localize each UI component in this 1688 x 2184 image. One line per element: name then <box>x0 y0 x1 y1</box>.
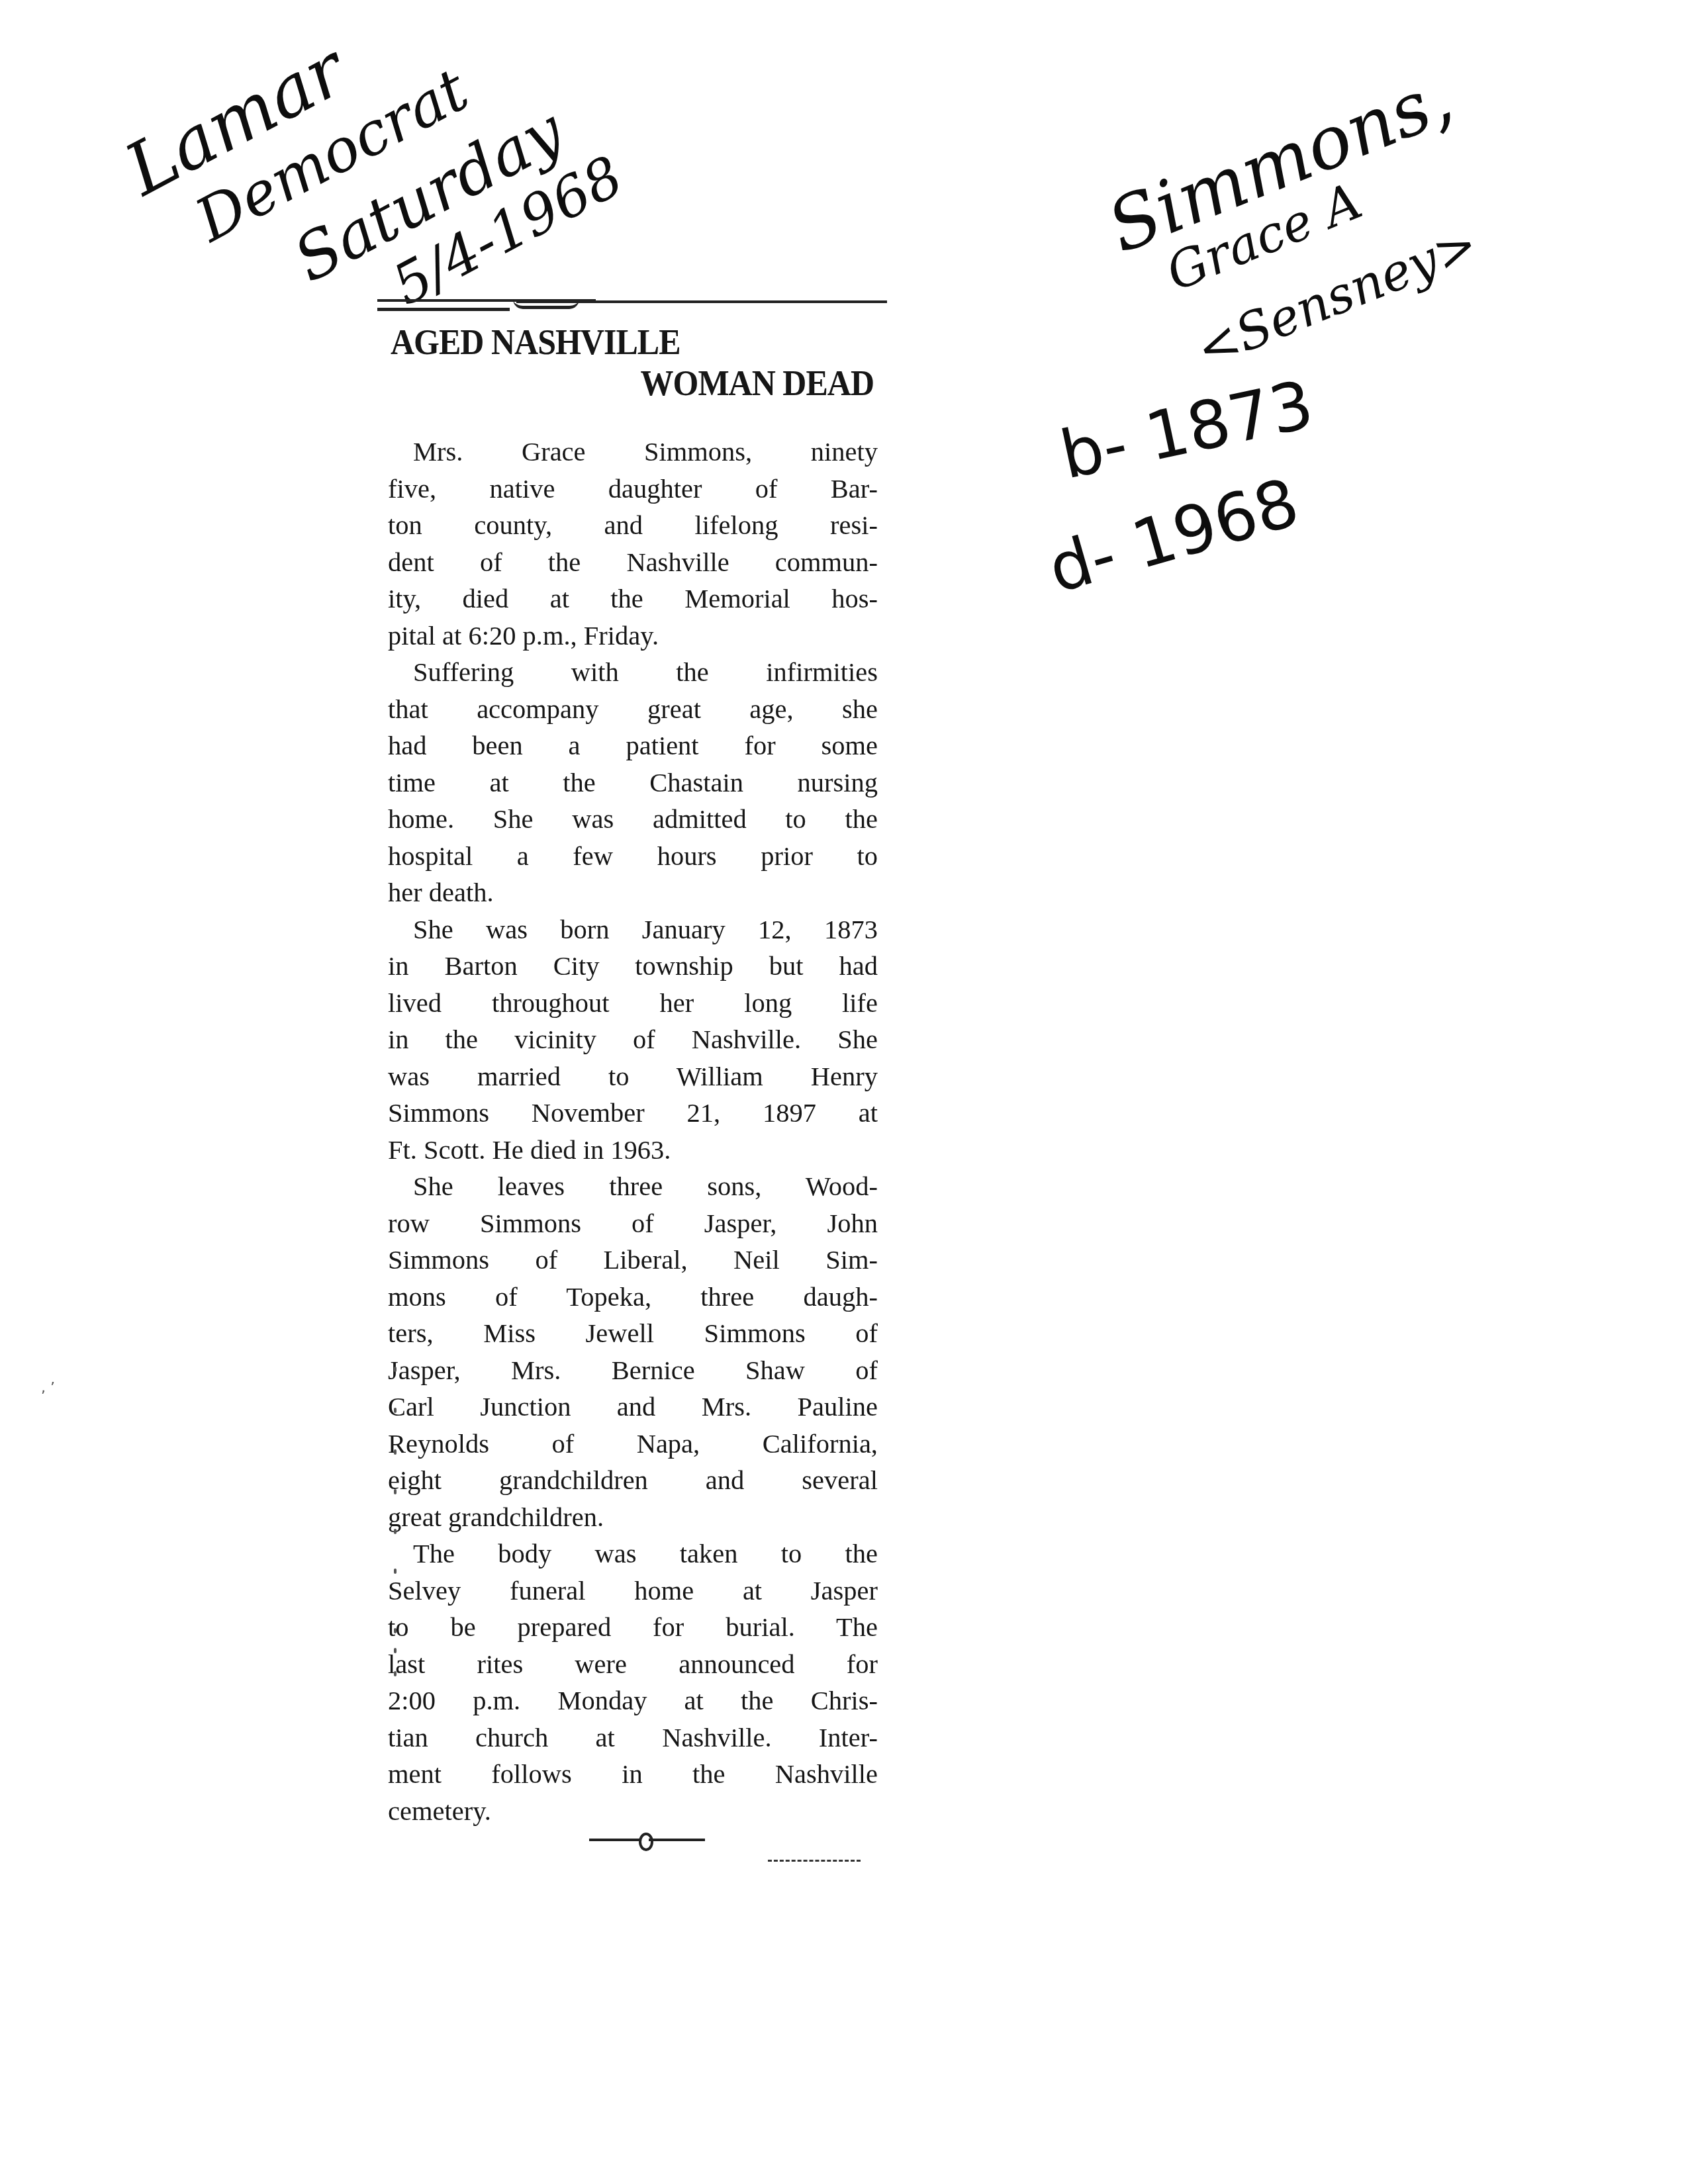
article-line: She was born January 12, 1873 <box>388 911 878 948</box>
article-line: great grandchildren. <box>388 1499 878 1536</box>
headline: AGED NASHVILLE WOMAN DEAD <box>391 321 880 404</box>
article-line: ton county, and lifelong resi- <box>388 507 878 544</box>
article-line: mons of Topeka, three daugh- <box>388 1279 878 1316</box>
article-line: five, native daughter of Bar- <box>388 471 878 508</box>
article-line: 2:00 p.m. Monday at the Chris- <box>388 1682 878 1719</box>
article-line: Carl Junction and Mrs. Pauline <box>388 1388 878 1426</box>
headline-line-2: WOMAN DEAD <box>391 363 880 404</box>
article-line: in the vicinity of Nashville. She <box>388 1021 878 1058</box>
article-line: Simmons of Liberal, Neil Sim- <box>388 1242 878 1279</box>
article-line: lived throughout her long life <box>388 985 878 1022</box>
article-line: in Barton City township but had <box>388 948 878 985</box>
article-body: Mrs. Grace Simmons, ninetyfive, native d… <box>388 433 878 1829</box>
article-line: Mrs. Grace Simmons, ninety <box>388 433 878 471</box>
article-line: cemetery. <box>388 1793 878 1830</box>
article-line: pital at 6:20 p.m., Friday. <box>388 617 878 655</box>
article-line: Suffering with the infirmities <box>388 654 878 691</box>
newspaper-clipping: AGED NASHVILLE WOMAN DEAD Mrs. Grace Sim… <box>371 291 887 1893</box>
end-of-article-mark <box>371 1830 887 1850</box>
article-line: Ft. Scott. He died in 1963. <box>388 1132 878 1169</box>
article-line: had been a patient for some <box>388 727 878 764</box>
article-line: tian church at Nashville. Inter- <box>388 1719 878 1756</box>
article-line: ity, died at the Memorial hos- <box>388 580 878 617</box>
article-line: dent of the Nashville commun- <box>388 544 878 581</box>
article-line: Reynolds of Napa, California, <box>388 1426 878 1463</box>
headline-line-1: AGED NASHVILLE <box>391 321 880 363</box>
scan-margin-specks <box>394 1367 400 1711</box>
article-line: Selvey funeral home at Jasper <box>388 1572 878 1610</box>
article-line: hospital a few hours prior to <box>388 838 878 875</box>
article-line: her death. <box>388 874 878 911</box>
article-line: row Simmons of Jasper, John <box>388 1205 878 1242</box>
article-line: that accompany great age, she <box>388 691 878 728</box>
article-line: Jasper, Mrs. Bernice Shaw of <box>388 1352 878 1389</box>
article-line: ment follows in the Nashville <box>388 1756 878 1793</box>
article-line: last rites were announced for <box>388 1646 878 1683</box>
article-line: The body was taken to the <box>388 1535 878 1572</box>
article-line: Simmons November 21, 1897 at <box>388 1095 878 1132</box>
article-line: She leaves three sons, Wood- <box>388 1168 878 1205</box>
article-line: eight grandchildren and several <box>388 1462 878 1499</box>
article-line: time at the Chastain nursing <box>388 764 878 801</box>
article-line: ters, Miss Jewell Simmons of <box>388 1315 878 1352</box>
scan-artifact: , ’ <box>41 1380 55 1396</box>
article-line: was married to William Henry <box>388 1058 878 1095</box>
bottom-rule-divider <box>768 1860 861 1862</box>
article-line: to be prepared for burial. The <box>388 1609 878 1646</box>
article-line: home. She was admitted to the <box>388 801 878 838</box>
